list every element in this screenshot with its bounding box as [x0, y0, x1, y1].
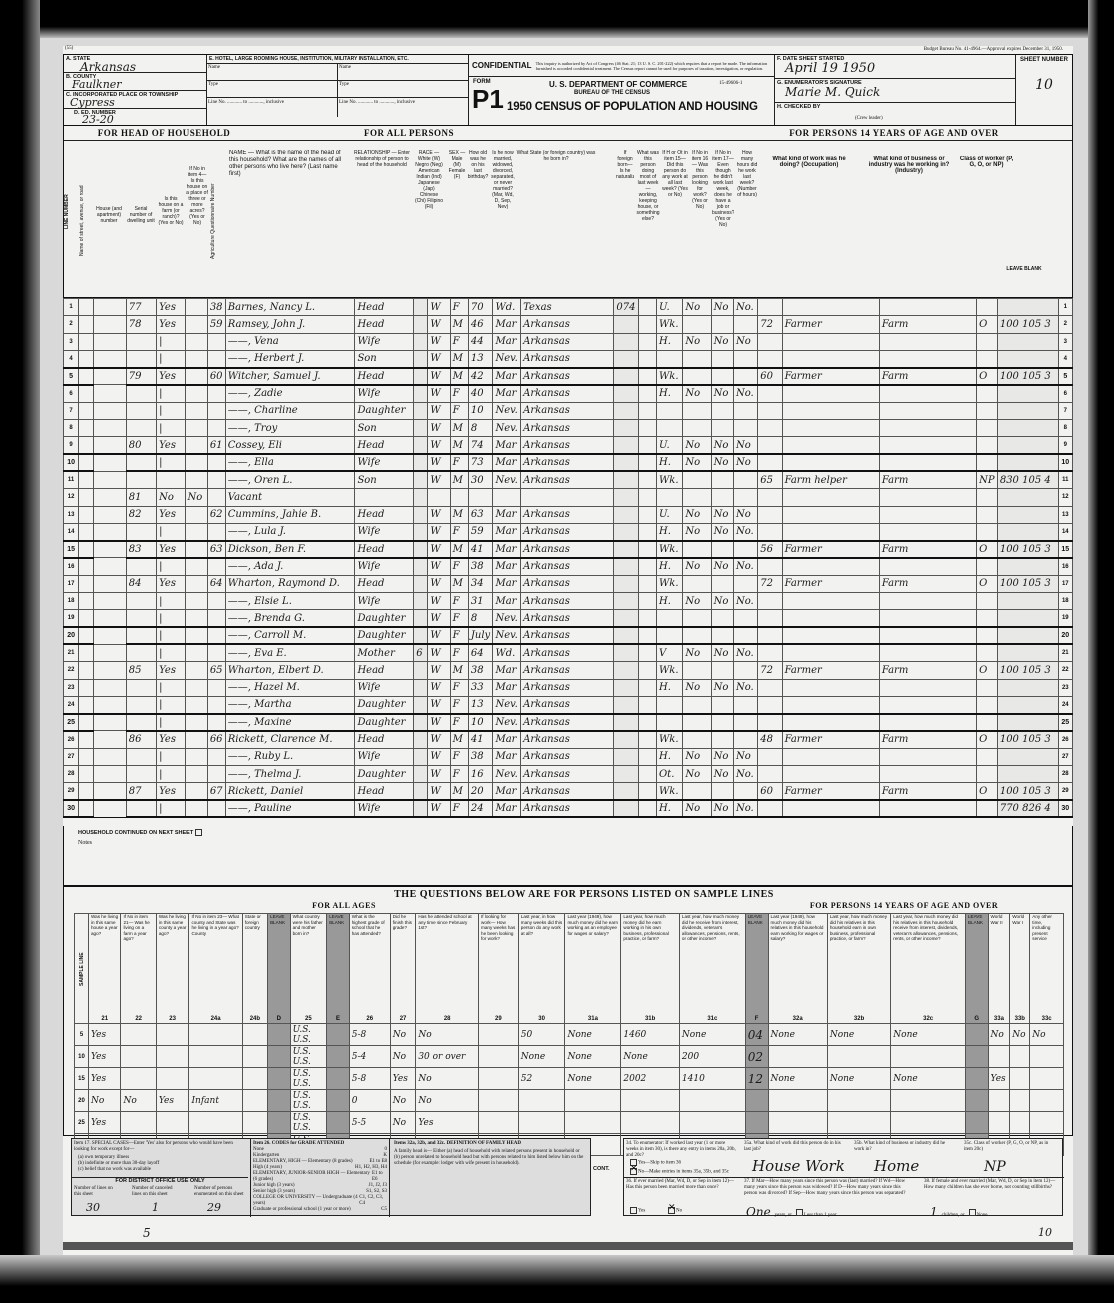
col-15-header: What was this person doing most of last … [636, 150, 660, 222]
q37-suffix: years, or [775, 1213, 792, 1218]
sample-cell-q21[interactable]: Yes [89, 1024, 121, 1046]
institution-name-label-2: Name [338, 64, 468, 81]
cell-occ [782, 593, 879, 610]
cell-job: No [733, 748, 757, 765]
cell-work [683, 368, 711, 385]
sample-col-label: Was he living in this same county a year… [159, 914, 187, 936]
sample-cell-rel-other[interactable]: None [891, 1024, 966, 1046]
cell-sex: M [450, 420, 468, 437]
cell-ind [879, 333, 976, 350]
sample-cell-weeks-work[interactable]: None [518, 1046, 565, 1068]
cell-c: 100 105 3 [997, 541, 1058, 558]
sample-cell-q23[interactable] [156, 1112, 189, 1134]
sample-cell-q21[interactable]: Yes [89, 1112, 121, 1134]
cell-work: No [683, 299, 711, 316]
sample-cell-weeks-look[interactable] [479, 1068, 519, 1090]
sample-cell-q22[interactable] [121, 1068, 156, 1090]
sample-cell-father[interactable]: U.S.U.S. [290, 1024, 327, 1046]
sample-col-27-header: Did he finish this grade?27 [390, 914, 416, 1024]
sample-cell-father[interactable]: U.S.U.S. [290, 1090, 327, 1112]
q37-less-checkbox[interactable] [796, 1209, 803, 1216]
father-country: U.S. [293, 1113, 325, 1123]
line-number-right: 2 [1058, 316, 1072, 333]
line-number: 9 [64, 437, 79, 454]
sample-cell-ww2[interactable] [988, 1090, 1010, 1112]
cell-hours [758, 523, 782, 540]
sample-cell-rel-business[interactable] [827, 1112, 890, 1134]
cell-born: Arkansas [521, 350, 614, 367]
sample-cell-rel-business[interactable]: None [827, 1024, 890, 1046]
sample-cell-business[interactable] [621, 1090, 680, 1112]
cell-mar: Mar [493, 679, 521, 696]
sample-cell-finish[interactable]: No [390, 1024, 416, 1046]
house-number-cell [94, 523, 126, 540]
cell-age: 38 [468, 748, 493, 765]
cell-age: 70 [468, 299, 493, 316]
col-12-header: Is he now married, widowed, divorced, se… [491, 150, 515, 210]
cell-b [614, 402, 638, 419]
institution-lines-label: Line No. ............ to ............, i… [207, 98, 337, 108]
sample-cell-business[interactable]: None [621, 1046, 680, 1068]
table-row: 23|——, Hazel M.WifeWF33MarArkansasH.NoNo… [64, 679, 1073, 696]
cell-cls: O [977, 368, 998, 385]
sample-col-28-header: Has he attended school at any time since… [416, 914, 479, 1024]
sample-cell-wages[interactable]: None [565, 1024, 621, 1046]
q36-yes: Yes [630, 1207, 645, 1215]
sample-col-number: 31a [565, 1017, 620, 1023]
cell-serial [126, 696, 156, 713]
cell-age: 40 [468, 385, 493, 402]
cell-doing: Ot. [656, 766, 682, 783]
street-cell [79, 316, 94, 333]
cell-farm: Yes [157, 783, 185, 800]
cell-occ: Farmer [782, 731, 879, 748]
sample-cell-wages[interactable]: None [565, 1046, 621, 1068]
cell-race: W [428, 454, 450, 471]
sample-cell-school[interactable]: 30 or over [416, 1046, 479, 1068]
cell-ind [879, 402, 976, 419]
leave-blank-cell [268, 1024, 291, 1046]
leave-blank-cell [268, 1090, 291, 1112]
col-20b-header: What kind of business or industry was he… [864, 156, 954, 174]
sample-cell-school[interactable]: No [416, 1024, 479, 1046]
institution-name-label: Name [207, 64, 337, 81]
sample-cell-county[interactable] [189, 1112, 242, 1134]
cell-serial: 85 [126, 662, 156, 679]
q35a-value: House Work [752, 1157, 845, 1175]
cell-race: W [428, 575, 450, 592]
cell-race [428, 489, 450, 506]
cell-look [711, 316, 733, 333]
sample-cell-weeks-look[interactable] [479, 1090, 519, 1112]
cell-serial: 81 [126, 489, 156, 506]
sample-cell-rel-other[interactable] [891, 1090, 966, 1112]
table-row: 18|——, Elsie L.WifeWF31MarArkansasH.NoNo… [64, 593, 1073, 610]
sample-cell-rel-wages[interactable] [768, 1112, 827, 1134]
cell-ind [879, 523, 976, 540]
q38-label: 38. If female and ever married (Mar, Wd,… [924, 1179, 1060, 1191]
cell-job: No. [733, 299, 757, 316]
cell-born: Arkansas [521, 558, 614, 575]
sample-cell-wages[interactable] [565, 1090, 621, 1112]
cell-b [614, 454, 638, 471]
line-number-right: 14 [1058, 523, 1072, 540]
cell-sex: M [450, 350, 468, 367]
sample-cell-weeks-look[interactable] [479, 1112, 519, 1134]
cell-nat [638, 731, 656, 748]
cell-name: Barnes, Nancy L. [225, 299, 355, 316]
sample-cell-ww1[interactable]: No [1010, 1024, 1030, 1046]
sample-cell-other-service[interactable] [1030, 1090, 1064, 1112]
family-head-box: Items 32a, 32b, and 32c. DEFINITION OF F… [394, 1141, 586, 1167]
q36-yes-checkbox[interactable] [630, 1207, 637, 1214]
cell-rel: Son [355, 420, 414, 437]
sample-cell-grade[interactable]: 5-5 [349, 1112, 390, 1134]
cell-cls [977, 593, 998, 610]
sample-cell-other[interactable] [679, 1090, 745, 1112]
sample-cell-finish[interactable]: Yes [390, 1068, 416, 1090]
cell-nat [638, 575, 656, 592]
sample-table: SAMPLE LINEWas he living in this same ho… [74, 913, 1064, 1156]
sample-cell-ww1[interactable] [1010, 1046, 1030, 1068]
sample-cell-q23[interactable] [156, 1046, 189, 1068]
sample-cell-f[interactable]: 04 [745, 1024, 768, 1046]
cell-age: 31 [468, 593, 493, 610]
cell-age: 46 [468, 316, 493, 333]
sample-cell-rel-wages[interactable] [768, 1046, 827, 1068]
sample-cell-business[interactable]: 1460 [621, 1024, 680, 1046]
sample-cell-f[interactable] [745, 1090, 768, 1112]
sample-cell-ww2[interactable] [988, 1112, 1010, 1134]
q38-none-text: None [977, 1213, 988, 1218]
street-cell [79, 437, 94, 454]
sample-col-label: Has he attended school at any time since… [418, 914, 476, 931]
cell-work [683, 489, 711, 506]
sample-cell-grade[interactable]: 5-8 [349, 1024, 390, 1046]
sample-cell-q22[interactable]: No [121, 1090, 156, 1112]
sample-cell-q23[interactable]: Yes [156, 1090, 189, 1112]
cell-race: W [428, 506, 450, 523]
cell-work: No [683, 558, 711, 575]
sample-cell-rel-other[interactable] [891, 1046, 966, 1068]
sample-cell-rel-other[interactable]: None [891, 1068, 966, 1090]
sample-cell-other[interactable]: 200 [679, 1046, 745, 1068]
col-7-header: NAME — What is the name of the head of t… [229, 150, 349, 178]
q34-no-checkbox[interactable] [630, 1168, 637, 1175]
cell-occ: Farmer [782, 783, 879, 800]
sample-col-26-header: What is the highest grade of school that… [349, 914, 390, 1024]
sample-cell-wages[interactable] [565, 1112, 621, 1134]
sample-col-label: Last year (1949), how much money did his… [771, 914, 825, 942]
cell-race: W [428, 471, 450, 488]
sample-cell-rel-business[interactable] [827, 1046, 890, 1068]
cell-doing: H. [656, 593, 682, 610]
sample-cell-q21[interactable]: Yes [89, 1068, 121, 1090]
q34-no: No—Make entries in items 35a, 35b, and 3… [630, 1168, 729, 1176]
sample-cell-other[interactable] [679, 1112, 745, 1134]
sample-cell-q23[interactable] [156, 1024, 189, 1046]
street-cell [79, 627, 94, 644]
sample-col-21-header: Was he living in this same house a year … [89, 914, 121, 1024]
sample-cell-f[interactable]: 02 [745, 1046, 768, 1068]
cell-agri [207, 489, 225, 506]
cell-acres [185, 471, 207, 488]
cell-race: W [428, 627, 450, 644]
cell-born: Arkansas [521, 748, 614, 765]
cell-name: ——, Maxine [225, 714, 355, 731]
sample-cell-ww1[interactable] [1010, 1112, 1030, 1134]
sample-col-number: 23 [157, 1017, 189, 1023]
sample-cell-business[interactable]: 2002 [621, 1068, 680, 1090]
cell-agri: 61 [207, 437, 225, 454]
cell-born: Arkansas [521, 575, 614, 592]
sample-cell-other-service[interactable] [1030, 1112, 1064, 1134]
sample-cell-weeks-work[interactable]: 50 [518, 1024, 565, 1046]
sample-cell-state[interactable] [242, 1090, 267, 1112]
household-continued-checkbox[interactable] [195, 829, 202, 836]
sample-cell-county[interactable] [189, 1046, 242, 1068]
sample-col-number: 32b [828, 1017, 890, 1023]
sample-cell-q23[interactable] [156, 1068, 189, 1090]
cell-born: Arkansas [521, 783, 614, 800]
cell-mar: Mar [493, 558, 521, 575]
cell-mar: Nev. [493, 714, 521, 731]
cell-serial [126, 471, 156, 488]
sample-cell-f[interactable] [745, 1112, 768, 1134]
sample-cell-grade[interactable]: 5-4 [349, 1046, 390, 1068]
sample-cell-other-service[interactable] [1030, 1046, 1064, 1068]
sample-col-label: State or foreign country [245, 914, 265, 931]
col-4-header: Is this house on a farm (or ranch)? (Yes… [157, 196, 185, 226]
column-header-area: FOR HEAD OF HOUSEHOLD FOR ALL PERSONS FO… [63, 126, 1073, 298]
sample-cell-ww2[interactable]: No [988, 1024, 1010, 1046]
cell-name: ——, Eva E. [225, 644, 355, 661]
bureau-label: BUREAU OF THE CENSUS [574, 90, 650, 96]
cell-age: July [468, 627, 493, 644]
line-number: 8 [64, 420, 79, 437]
cell-agri [207, 402, 225, 419]
sample-cell-q21[interactable]: No [89, 1090, 121, 1112]
sample-cell-father[interactable]: U.S.U.S. [290, 1112, 327, 1134]
sample-cell-father[interactable]: U.S.U.S. [290, 1046, 327, 1068]
cell-c [997, 714, 1058, 731]
cell-b [614, 541, 638, 558]
cell-a [414, 402, 428, 419]
sample-cell-county[interactable] [189, 1068, 242, 1090]
sample-cell-state[interactable] [242, 1068, 267, 1090]
cell-a [414, 454, 428, 471]
table-row: 27|——, Ruby L.WifeWF38MarArkansasH.NoNoN… [64, 748, 1073, 765]
table-row: 14|——, Lula J.WifeWF59MarArkansasH.NoNoN… [64, 523, 1073, 540]
cell-nat [638, 368, 656, 385]
cell-born: Arkansas [521, 627, 614, 644]
cell-hours [758, 402, 782, 419]
sample-cell-q22[interactable] [121, 1024, 156, 1046]
sample-cell-f[interactable]: 12 [745, 1068, 768, 1090]
sample-cell-grade[interactable]: 5-8 [349, 1068, 390, 1090]
sample-cell-other[interactable]: 1410 [679, 1068, 745, 1090]
sample-col-label: Last year (1949), how much money did he … [567, 914, 618, 936]
sample-cell-county[interactable]: Infant [189, 1090, 242, 1112]
sample-cell-school[interactable]: No [416, 1090, 479, 1112]
line-number: 14 [64, 523, 79, 540]
table-row: 21|——, Eva E.Mother6WF64Wd.ArkansasVNoNo… [64, 644, 1073, 661]
sample-cell-state[interactable] [242, 1112, 267, 1134]
sample-cell-finish[interactable]: No [390, 1046, 416, 1068]
cell-hours [758, 437, 782, 454]
sample-cell-weeks-look[interactable] [479, 1046, 519, 1068]
sample-cell-other-service[interactable] [1030, 1068, 1064, 1090]
sample-cell-school[interactable]: Yes [416, 1112, 479, 1134]
cell-age: 42 [468, 368, 493, 385]
cell-look [711, 541, 733, 558]
cell-doing [656, 627, 682, 644]
cell-mar: Mar [493, 662, 521, 679]
line-number-right: 15 [1058, 541, 1072, 558]
cell-ind [879, 800, 976, 817]
sample-cell-wages[interactable]: None [565, 1068, 621, 1090]
q37-label: 37. If Mar—How many years since this per… [744, 1179, 914, 1197]
sample-cell-ww1[interactable] [1010, 1090, 1030, 1112]
cell-acres [185, 541, 207, 558]
scan-border-bottom [0, 1255, 1114, 1303]
house-number-cell [94, 679, 126, 696]
q38-none-checkbox[interactable] [969, 1209, 976, 1216]
grade-code-label: COLLEGE OR UNIVERSITY — Undergraduate (4… [253, 1195, 359, 1207]
cell-sex: M [450, 506, 468, 523]
sample-cell-business[interactable] [621, 1112, 680, 1134]
sample-cell-ww2[interactable]: Yes [988, 1068, 1010, 1090]
sample-cell-ww2[interactable] [988, 1046, 1010, 1068]
cell-work [683, 610, 711, 627]
cell-age: 16 [468, 766, 493, 783]
cell-work: No [683, 644, 711, 661]
table-row: 24|——, MarthaDaughterWF13Nev.Arkansas24 [64, 696, 1073, 713]
line-number: 7 [64, 402, 79, 419]
sample-cell-rel-other[interactable] [891, 1112, 966, 1134]
house-number-cell [94, 489, 126, 506]
sample-cell-q22[interactable] [121, 1046, 156, 1068]
cell-age: 10 [468, 402, 493, 419]
cell-name: Cossey, Eli [225, 437, 355, 454]
cell-ind [879, 558, 976, 575]
sample-col-32c-header: Last year, how much money did his relati… [891, 914, 966, 1024]
sample-cell-q22[interactable] [121, 1112, 156, 1134]
cell-doing: Wk. [656, 662, 682, 679]
cell-hours [758, 350, 782, 367]
q35b-label: 35b. What kind of business or industry d… [854, 1141, 954, 1153]
sample-cell-weeks-work[interactable] [518, 1112, 565, 1134]
cell-mar: Nev. [493, 350, 521, 367]
sample-cell-state[interactable] [242, 1024, 267, 1046]
line-number: 23 [64, 679, 79, 696]
cell-occ [782, 299, 879, 316]
leave-blank-cell [965, 1112, 988, 1134]
sample-cell-other-service[interactable]: No [1030, 1024, 1064, 1046]
cell-born: Arkansas [521, 610, 614, 627]
sample-cell-county[interactable] [189, 1024, 242, 1046]
cell-occ [782, 610, 879, 627]
sample-cell-school[interactable]: No [416, 1068, 479, 1090]
cell-acres [185, 385, 207, 402]
sample-cell-state[interactable] [242, 1046, 267, 1068]
sample-cell-rel-wages[interactable]: None [768, 1024, 827, 1046]
cell-serial [126, 558, 156, 575]
cell-occ [782, 523, 879, 540]
sample-cell-rel-business[interactable] [827, 1090, 890, 1112]
cell-job: No. [733, 644, 757, 661]
sample-cell-finish[interactable]: No [390, 1112, 416, 1134]
line-number: 13 [64, 506, 79, 523]
q37-value: One [746, 1205, 771, 1219]
cell-mar: Mar [493, 748, 521, 765]
sample-cell-ww1[interactable] [1010, 1068, 1030, 1090]
cell-cls: O [977, 783, 998, 800]
cell-serial: 83 [126, 541, 156, 558]
sample-cell-q21[interactable]: Yes [89, 1046, 121, 1068]
sample-cell-grade[interactable]: 0 [349, 1090, 390, 1112]
cell-farm: Yes [157, 506, 185, 523]
sample-cell-rel-wages[interactable] [768, 1090, 827, 1112]
house-number-cell [94, 350, 126, 367]
table-row: 177Yes38Barnes, Nancy L.HeadWF70Wd.Texas… [64, 299, 1073, 316]
cell-name: ——, Ada J. [225, 558, 355, 575]
cell-cls [977, 489, 998, 506]
cell-ind: Farm [879, 541, 976, 558]
cell-acres [185, 454, 207, 471]
leave-blank-cell [327, 1024, 350, 1046]
sample-cell-father[interactable]: U.S.U.S. [290, 1068, 327, 1090]
cell-rel: Wife [355, 679, 414, 696]
house-number-cell [94, 800, 126, 817]
sample-col-label: Was he living in this same house a year … [91, 914, 118, 936]
line-number: 30 [64, 800, 79, 817]
cell-hours [758, 800, 782, 817]
sample-col-label: World War II [991, 914, 1008, 925]
cell-mar: Nev. [493, 471, 521, 488]
cell-age: 74 [468, 437, 493, 454]
cell-serial [126, 679, 156, 696]
cell-c [997, 333, 1058, 350]
sample-col-number: 33c [1030, 1017, 1063, 1023]
cell-job [733, 575, 757, 592]
sample-cell-other[interactable]: None [679, 1024, 745, 1046]
line-number: 12 [64, 489, 79, 506]
cell-work [683, 350, 711, 367]
sample-cell-rel-wages[interactable]: None [768, 1068, 827, 1090]
cell-hours: 72 [758, 575, 782, 592]
cell-farm: | [157, 420, 185, 437]
sample-col-number: 24b [243, 1017, 267, 1023]
cell-ind [879, 696, 976, 713]
sample-cell-rel-business[interactable]: None [827, 1068, 890, 1090]
canceled-value: 1 [152, 1201, 159, 1214]
q36-no-checkbox[interactable] [668, 1207, 675, 1214]
cell-ind: Farm [879, 783, 976, 800]
sample-col-32b-header: Last year, how much money did his relati… [827, 914, 890, 1024]
sample-col-number: 33b [1010, 1017, 1029, 1023]
cell-acres [185, 593, 207, 610]
location-block: a. STATE Arkansas b. COUNTY Faulkner c. … [64, 55, 207, 125]
cell-hours [758, 506, 782, 523]
cell-nat [638, 558, 656, 575]
sample-cell-weeks-work[interactable]: 52 [518, 1068, 565, 1090]
sample-cell-finish[interactable]: No [390, 1090, 416, 1112]
cell-job [733, 783, 757, 800]
sample-cell-weeks-look[interactable] [479, 1024, 519, 1046]
census-title: 1950 CENSUS OF POPULATION AND HOUSING [507, 101, 758, 113]
sample-cell-weeks-work[interactable] [518, 1090, 565, 1112]
